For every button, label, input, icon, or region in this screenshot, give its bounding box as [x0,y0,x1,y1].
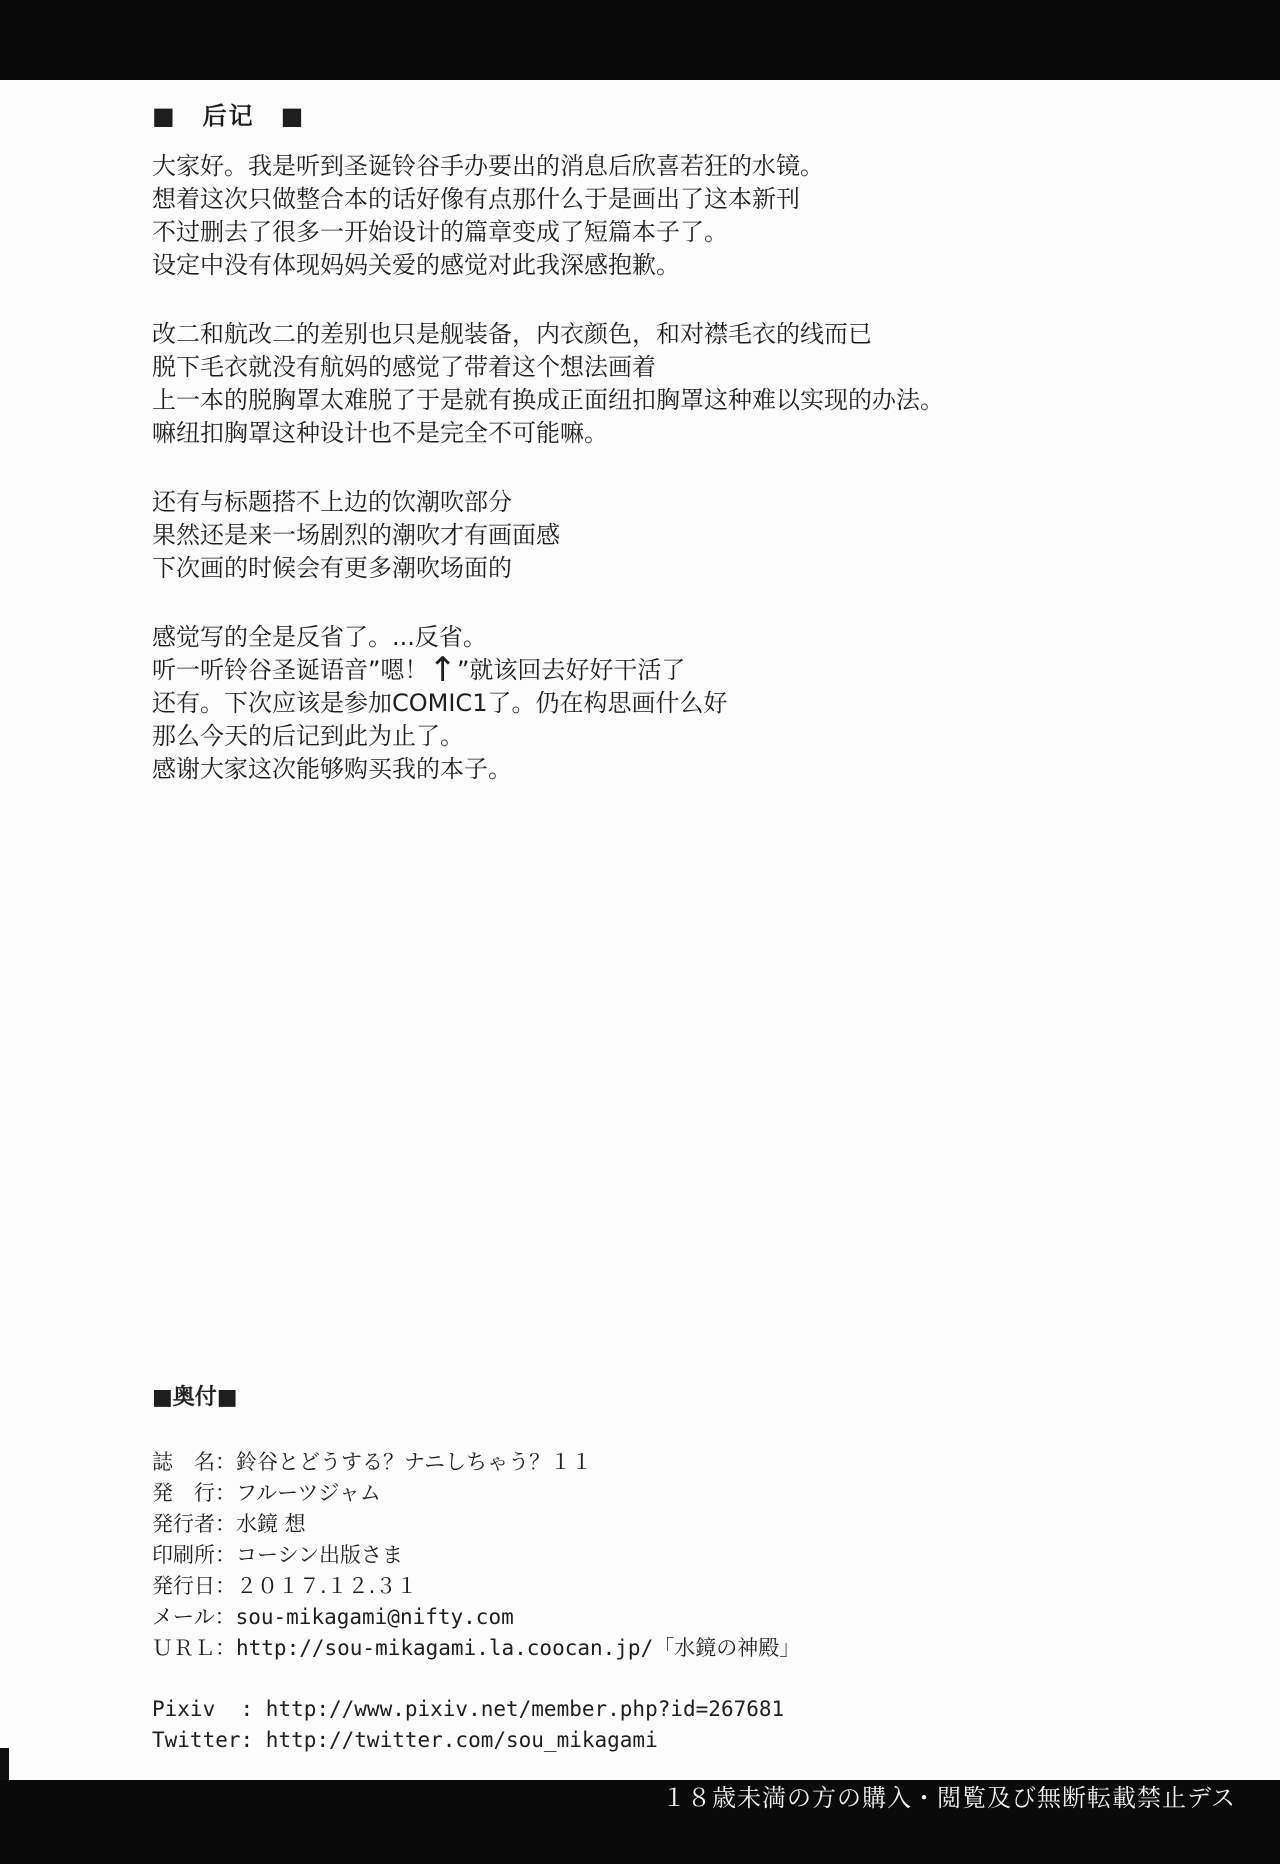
entry-value: 鈴谷とどうする？ナニしちゃう？１１ [236,1450,592,1474]
entry-value: ２０１７.１２.３１ [236,1574,417,1598]
colophon-section: ■奥付■ 誌 名：鈴谷とどうする？ナニしちゃう？１１ 発 行：フルーツジャム 発… [152,1385,1152,1756]
text-line-with-arrow: 听一听铃谷圣诞语音”嗯！↑”就该回去好好干活了 [152,654,1162,687]
colophon-entry-publisher: 発 行：フルーツジャム [152,1478,1152,1509]
pixiv-url-line: Pixiv : http://www.pixiv.net/member.php?… [152,1694,1152,1725]
colophon-entry-date: 発行日：２０１７.１２.３１ [152,1571,1152,1602]
colophon-entry-url: ＵＲＬ：http://sou-mikagami.la.coocan.jp/「水鏡… [152,1633,1152,1664]
text-segment: 听一听铃谷圣诞语音”嗯！ [152,656,428,684]
text-line: 感谢大家这次能够购买我的本子。 [152,753,1162,786]
afterword-paragraph-4: 感觉写的全是反省了。...反省。 听一听铃谷圣诞语音”嗯！↑”就该回去好好干活了… [152,621,1162,786]
text-line: 还有与标题搭不上边的饮潮吹部分 [152,486,1162,519]
afterword-section: ■ 后记 ■ 大家好。我是听到圣诞铃谷手办要出的消息后欣喜若狂的水镜。 想着这次… [152,80,1162,822]
afterword-paragraph-1: 大家好。我是听到圣诞铃谷手办要出的消息后欣喜若狂的水镜。 想着这次只做整合本的话… [152,150,1162,282]
afterword-title: ■ 后记 ■ [152,100,1162,133]
entry-value: フルーツジャム [236,1481,381,1505]
colophon-entry-name: 誌 名：鈴谷とどうする？ナニしちゃう？１１ [152,1447,1152,1478]
text-line: 脱下毛衣就没有航妈的感觉了带着这个想法画着 [152,351,1162,384]
twitter-url-line: Twitter: http://twitter.com/sou_mikagami [152,1725,1152,1756]
colophon-entry-mail: メール：sou-mikagami@nifty.com [152,1602,1152,1633]
site-name: 「水鏡の神殿」 [653,1636,800,1660]
text-line: 大家好。我是听到圣诞铃谷手办要出的消息后欣喜若狂的水镜。 [152,150,1162,183]
afterword-paragraph-2: 改二和航改二的差别也只是舰装备，内衣颜色，和对襟毛衣的线而已 脱下毛衣就没有航妈… [152,318,1162,450]
bottom-black-bar: １８歳未満の方の購入・閲覧及び無断転載禁止デス [0,1780,1280,1864]
entry-label: 発行日： [152,1574,236,1598]
text-line: 那么今天的后记到此为止了。 [152,720,1162,753]
entry-value: 水鏡 想 [236,1512,306,1536]
website-url: http://sou-mikagami.la.coocan.jp/ [236,1636,653,1660]
text-line: 感觉写的全是反省了。...反省。 [152,621,1162,654]
text-line: 还有。下次应该是参加COMIC1了。仍在构思画什么好 [152,687,1162,720]
entry-label: 発 行： [152,1481,236,1505]
text-line: 上一本的脱胸罩太难脱了于是就有换成正面纽扣胸罩这种难以实现的办法。 [152,384,1162,417]
text-line: 下次画的时候会有更多潮吹场面的 [152,552,1162,585]
colophon-title: ■奥付■ [152,1385,1152,1411]
colophon-entry-author: 発行者：水鏡 想 [152,1509,1152,1540]
text-line: 改二和航改二的差别也只是舰装备，内衣颜色，和对襟毛衣的线而已 [152,318,1162,351]
colophon-entry-printer: 印刷所：コーシン出版さま [152,1540,1152,1571]
entry-label: メール： [152,1605,236,1629]
entry-label: 発行者： [152,1512,236,1536]
entry-label: 印刷所： [152,1543,236,1567]
afterword-paragraph-3: 还有与标题搭不上边的饮潮吹部分 果然还是来一场剧烈的潮吹才有画面感 下次画的时候… [152,486,1162,585]
social-links-block: Pixiv : http://www.pixiv.net/member.php?… [152,1694,1152,1756]
text-line: 嘛纽扣胸罩这种设计也不是完全不可能嘛。 [152,417,1162,450]
text-segment: ”就该回去好好干活了 [457,656,685,684]
entry-value: コーシン出版さま [236,1543,403,1567]
text-line: 想着这次只做整合本的话好像有点那什么于是画出了这本新刊 [152,183,1162,216]
top-black-bar [0,0,1280,80]
scanned-afterword-page: ■ 后记 ■ 大家好。我是听到圣诞铃谷手办要出的消息后欣喜若狂的水镜。 想着这次… [0,0,1280,1864]
text-line: 设定中没有体现妈妈关爱的感觉对此我深感抱歉。 [152,249,1162,282]
age-restriction-notice: １８歳未満の方の購入・閲覧及び無断転載禁止デス [662,1784,1236,1812]
text-line: 果然还是来一场剧烈的潮吹才有画面感 [152,519,1162,552]
text-line: 不过删去了很多一开始设计的篇章变成了短篇本子了。 [152,216,1162,249]
entry-label: ＵＲＬ： [152,1636,236,1660]
up-arrow-glyph: ↑ [428,650,457,690]
entry-label: 誌 名： [152,1450,236,1474]
email-address: sou-mikagami@nifty.com [236,1605,514,1629]
